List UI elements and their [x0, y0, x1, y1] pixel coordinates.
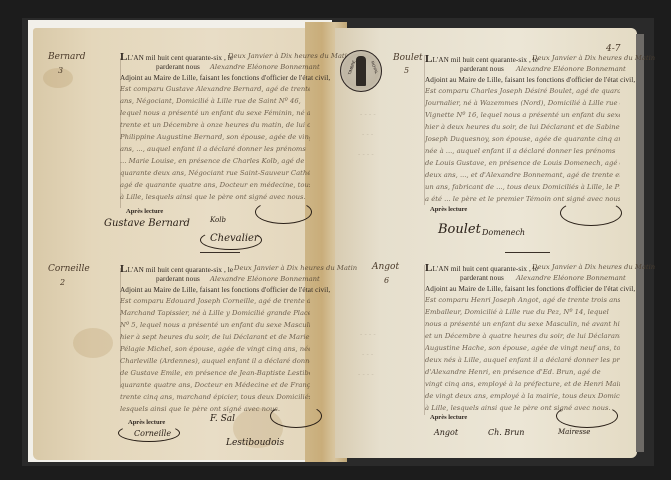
body-line: Vignette Nº 16, lequel nous a présenté u…	[425, 111, 620, 119]
printed-preamble: LL'AN mil huit cent quarante-six , le	[120, 51, 233, 63]
body-line: hier à deux heures du soir, de lui Décla…	[425, 123, 620, 131]
printed-line: Adjoint au Maire de Lille, faisant les f…	[120, 74, 330, 82]
page-edge	[636, 34, 644, 452]
royal-stamp: TIMBRE ROYAL	[340, 50, 382, 92]
date-handwritten: Deux Janvier à Dix heures du Matin	[234, 264, 357, 272]
officer-name: Alexandre Eléonore Bonnemant	[516, 65, 626, 73]
body-line: Est comparu Gustave Alexandre Bernard, a…	[120, 85, 310, 93]
body-line: Charleville (Ardennes), auquel enfant il…	[120, 357, 310, 365]
printed-line: Adjoint au Maire de Lille, faisant les f…	[120, 286, 330, 294]
apres-lecture-label: Après lecture	[430, 414, 467, 421]
signature-father: Angot	[434, 428, 458, 437]
body-line: Emballeur, Domicilié à Lille rue du Pez,…	[425, 308, 620, 316]
body-line: ... Marie Louise, en présence de Charles…	[120, 157, 310, 165]
body-line: Marchand Tapissier, né à Lille y Domicil…	[120, 309, 310, 317]
margin-name: Boulet	[393, 53, 423, 63]
body-line: vingt cinq ans, employé à la préfecture,…	[425, 380, 620, 388]
body-line: Est comparu Henri Joseph Angot, agé de t…	[425, 296, 620, 304]
signature-flourish	[118, 424, 180, 442]
officer-name: Alexandre Eléonore Bonnemant	[210, 63, 320, 71]
body-line: lequel nous a présenté un enfant du sexe…	[120, 109, 310, 117]
printed-line: parderant nous	[460, 274, 504, 282]
printed-preamble: LL'AN mil huit cent quarante-six , le	[425, 262, 538, 274]
body-line: quarante quatre ans, Docteur en Médecine…	[120, 381, 310, 389]
body-line: deux nés à Lille, auquel enfant il a déc…	[425, 356, 620, 364]
stamp-text: ROYAL	[370, 60, 379, 74]
body-line: hier à sept heures du soir, de lui Décla…	[120, 333, 310, 341]
body-line: Pélagie Michel, son épouse, agée de ving…	[120, 345, 310, 353]
body-line: ans, Négociant, Domicilié à Lille rue de…	[120, 97, 310, 105]
margin-name: Bernard	[48, 52, 85, 62]
record-number: 5	[404, 66, 409, 75]
printed-line: parderant nous	[156, 275, 200, 283]
signature-witness-2: Lestiboudois	[226, 438, 284, 448]
signature-flourish	[200, 230, 262, 250]
body-line: deux ans, ..., et d'Alexandre Bonnemant,…	[425, 171, 620, 179]
officer-signature-flourish	[556, 404, 618, 428]
date-handwritten: Deux Janvier à Dix heures du Matin	[228, 52, 351, 60]
signature-father: Gustave Bernard	[104, 218, 190, 229]
officer-name: Alexandre Eléonore Bonnemant	[516, 274, 626, 282]
margin-name: Corneille	[48, 264, 90, 274]
officer-signature-flourish	[560, 200, 622, 226]
printed-preamble: LL'AN mil huit cent quarante-six , le	[425, 53, 538, 65]
body-line: Est comparu Edouard Joseph Corneille, ag…	[120, 297, 310, 305]
body-line: trente et un Décembre à onze heures du m…	[120, 121, 310, 129]
record-number: 6	[384, 276, 389, 285]
body-line: Joseph Duquesnoy, son épouse, agée de qu…	[425, 135, 620, 143]
officer-signature-flourish	[270, 404, 322, 428]
printed-line: parderant nous	[156, 63, 200, 71]
signature-father: Boulet	[438, 222, 481, 237]
printed-preamble: LL'AN mil huit cent quarante-six , le	[120, 263, 233, 275]
body-line: Est comparu Charles Joseph Désiré Boulet…	[425, 87, 620, 95]
officer-signature-flourish	[255, 200, 312, 224]
body-line: agé de quarante quatre ans, Docteur en m…	[120, 181, 310, 189]
signature-witness-1: F. Sal	[210, 414, 235, 424]
apres-lecture-label: Après lecture	[126, 208, 163, 215]
signature-witness-2: Mairesse	[558, 428, 590, 436]
body-line: ans, ..., auquel enfant il a déclaré don…	[120, 145, 310, 153]
signature-witness-1: Domenech	[482, 228, 525, 237]
printed-line: Adjoint au Maire de Lille, faisant les f…	[425, 285, 635, 293]
body-line: d'Alexandre Henri, en présence d'Ed. Bru…	[425, 368, 620, 376]
printed-line: parderant nous	[460, 65, 504, 73]
body-line: trente cinq ans, marchand épicier, tous …	[120, 393, 310, 401]
body-line: Journalier, né à Wazemmes (Nord), Domici…	[425, 99, 620, 107]
body-line: de Louis Gustave, en présence de Louis D…	[425, 159, 620, 167]
stamp-figure-icon	[356, 56, 366, 86]
signature-witness-1: Ch. Brun	[488, 428, 524, 437]
record-number: 3	[58, 66, 63, 75]
officer-name: Alexandre Eléonore Bonnemant	[210, 275, 320, 283]
body-line: Nº 5, lequel nous a présenté un enfant d…	[120, 321, 310, 329]
signature-witness-1: Kolb	[210, 216, 226, 224]
date-handwritten: Deux Janvier à Dix heures du Matin	[532, 54, 655, 62]
apres-lecture-label: Après lecture	[430, 206, 467, 213]
body-line: nous a présenté un enfant du sexe Mascul…	[425, 320, 620, 328]
body-line: Augustine Hache, son épouse, agée de vin…	[425, 344, 620, 352]
margin-name: Angot	[372, 262, 399, 272]
record-divider	[200, 252, 240, 253]
body-line: de vingt deux ans, employé à la mairie, …	[425, 392, 620, 400]
record-divider	[505, 252, 550, 253]
body-line: et un Décembre à quatre heures du soir, …	[425, 332, 620, 340]
body-line: quarante deux ans, Négociant rue Saint-S…	[120, 169, 310, 177]
folio-number: 4-7	[606, 44, 621, 54]
body-line: de Gustave Emile, en présence de Jean-Ba…	[120, 369, 310, 377]
date-handwritten: Deux Janvier à Dix heures du Matin	[532, 263, 655, 271]
printed-line: Adjoint au Maire de Lille, faisant les f…	[425, 76, 635, 84]
record-number: 2	[60, 278, 65, 287]
body-line: Philippine Augustine Bernard, son épouse…	[120, 133, 310, 141]
body-line: née à ..., auquel enfant il a déclaré do…	[425, 147, 620, 155]
body-line: un ans, fabricant de ..., tous deux Domi…	[425, 183, 620, 191]
